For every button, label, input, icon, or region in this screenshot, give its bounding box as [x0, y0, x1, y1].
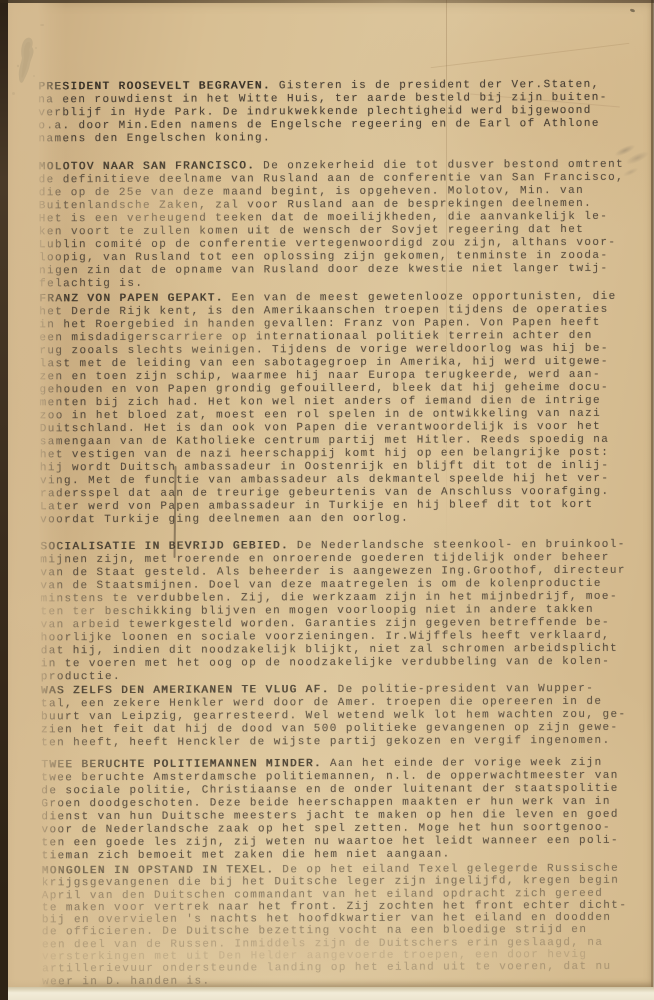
text-line: nigen zin dat de opname van Rusland door…: [39, 263, 635, 279]
text-line: namens den Engelschen koning.: [38, 131, 634, 147]
text-line: ten heeft, heeft Henckler de wijste part…: [41, 735, 637, 751]
paragraph-text: Aan het einde der vorige week zijn: [322, 757, 603, 770]
text-line: tieman zich bemoeit met zaken die hem ni…: [42, 848, 638, 864]
text-line: voordat Turkije ging deelnemen aan den o…: [40, 512, 636, 528]
paragraph-heading: WAS ZELFS DEN AMERIKANEN TE VLUG AF.: [41, 684, 330, 697]
paragraph-text: De Nederlandsche steenkool- en bruinkool…: [289, 539, 626, 552]
text-line: productie.: [41, 669, 637, 685]
surface-below-paper: [8, 987, 654, 1000]
paragraph: MONGOLEN IN OPSTAND IN TEXEL. De op het …: [42, 863, 639, 989]
paragraph-text: De onzekerheid die tot dusver bestond om…: [255, 159, 624, 173]
paragraph: FRANZ VON PAPEN GEPAKT. Een van de meest…: [39, 291, 636, 528]
paragraph-text: Gisteren is de president der Ver.Staten,: [271, 79, 600, 92]
paragraph: PRESIDENT ROOSEVELT BEGRAVEN. Gisteren i…: [38, 79, 634, 147]
paragraph-text: De politie-president van Wupper-: [330, 683, 595, 696]
ink-blot: [16, 36, 42, 95]
paragraph: MOLOTOV NAAR SAN FRANCISCO. De onzekerhe…: [39, 159, 636, 292]
paragraph-heading: SOCIALISATIE IN BEVRIJD GEBIED.: [40, 540, 289, 553]
paragraph-heading: TWEE BERUCHTE POLITIEMANNEN MINDER.: [41, 758, 322, 771]
photo-left-edge: [0, 0, 8, 1000]
ink-speck: [12, 92, 15, 95]
paragraph: WAS ZELFS DEN AMERIKANEN TE VLUG AF. De …: [41, 683, 637, 751]
text-line: o.a. door Min.Eden namens de Engelsche r…: [38, 118, 634, 134]
photo-of-document: { "colors": { "paper": "#d8bf93", "ink":…: [0, 0, 654, 1000]
paragraph-text: Een van de meest gewetenlooze opportunis…: [224, 291, 617, 305]
ink-speck: [40, 24, 44, 26]
paragraph: SOCIALISATIE IN BEVRIJD GEBIED. De Neder…: [40, 539, 637, 685]
text-line: felachtig is.: [39, 276, 635, 292]
paragraph: TWEE BERUCHTE POLITIEMANNEN MINDER. Aan …: [41, 757, 637, 864]
text-line: in te voeren met het oog op de noodzakel…: [41, 656, 637, 672]
paragraph-heading: MONGOLEN IN OPSTAND IN TEXEL.: [42, 864, 275, 877]
paragraph-heading: MOLOTOV NAAR SAN FRANCISCO.: [39, 160, 256, 173]
text-block: PRESIDENT ROOSEVELT BEGRAVEN. Gisteren i…: [38, 0, 638, 988]
text-line: ten een goede les zijn, zij weten nu waa…: [41, 835, 637, 851]
text-line: Later werd von Papen ambassadeur in Turk…: [40, 499, 636, 515]
photo-top-edge: [0, 0, 654, 3]
paragraph-heading: FRANZ VON PAPEN GEPAKT.: [39, 292, 224, 305]
paragraph-heading: PRESIDENT ROOSEVELT BEGRAVEN.: [38, 80, 271, 93]
